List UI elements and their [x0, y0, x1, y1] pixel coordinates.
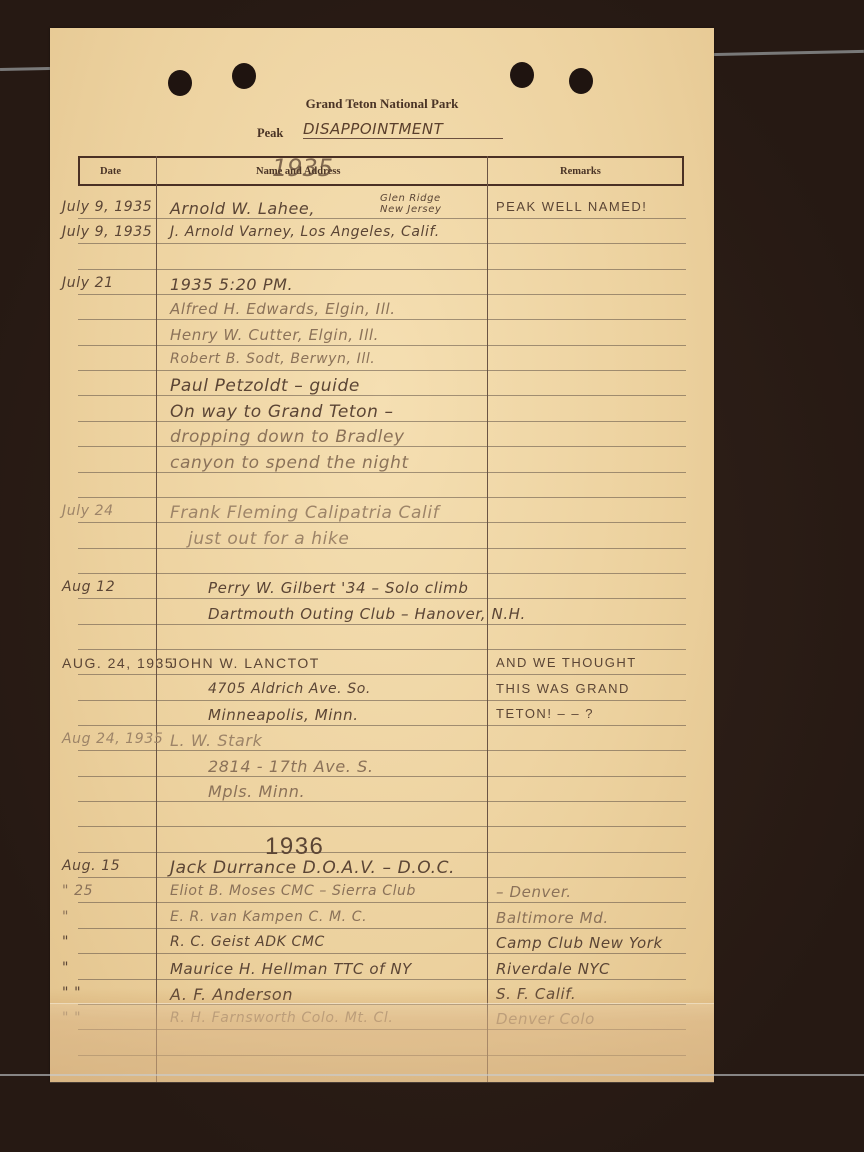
peak-name: DISAPPOINTMENT [303, 120, 503, 139]
entry-name: E. R. van Kampen C. M. C. [170, 909, 367, 925]
entry-name: Frank Fleming Calipatria Calif [170, 503, 439, 523]
ruled-line [78, 953, 686, 954]
ruled-line [78, 497, 686, 498]
entry-name: Perry W. Gilbert '34 – Solo climb [208, 579, 469, 597]
punch-hole [510, 62, 534, 88]
entry-date: " [62, 960, 69, 976]
ruled-line [78, 598, 686, 599]
ruled-line [78, 624, 686, 625]
year-heading: 1936 [265, 833, 324, 861]
entry-name: On way to Grand Teton – [170, 402, 394, 422]
entry-date: Aug 12 [62, 579, 115, 595]
peak-label: Peak [257, 126, 283, 141]
entry-name: JOHN W. LANCTOT [170, 655, 320, 671]
entry-address: Glen Ridge New Jersey [380, 193, 460, 215]
ruled-line [78, 319, 686, 320]
entry-name: Paul Petzoldt – guide [170, 376, 360, 396]
ruled-line [78, 573, 686, 574]
ruled-line [78, 902, 686, 903]
entry-name: Henry W. Cutter, Elgin, Ill. [170, 326, 379, 344]
ruled-line [78, 801, 686, 802]
entry-remarks: THIS WAS GRAND [496, 681, 630, 696]
entry-date: " [62, 934, 69, 950]
ruled-line [78, 269, 686, 270]
ruled-line [78, 674, 686, 675]
punch-hole [232, 63, 256, 89]
entry-date: AUG. 24, 1935 [62, 655, 174, 671]
entry-remarks: TETON! – – ? [496, 706, 594, 721]
entry-name: J. Arnold Varney, Los Angeles, Calif. [170, 224, 440, 240]
ruled-line [78, 750, 686, 751]
glass-reflection-bottom [0, 1074, 864, 1076]
entry-name: Jack Durrance D.O.A.V. – D.O.C. [170, 858, 455, 878]
ruled-line [78, 294, 686, 295]
ruled-line [78, 218, 686, 219]
tape-repair [50, 1003, 714, 1083]
ruled-line [78, 725, 686, 726]
entry-name: Arnold W. Lahee, [170, 199, 315, 218]
entry-name: 2814 - 17th Ave. S. [208, 757, 374, 776]
punch-hole [168, 70, 192, 96]
punch-hole [569, 68, 593, 94]
entry-name: 1935 5:20 PM. [170, 275, 293, 294]
entry-date: Aug. 15 [62, 858, 120, 874]
entry-name: dropping down to Bradley [170, 427, 405, 447]
entry-remarks: – Denver. [496, 883, 572, 901]
column-header-remarks: Remarks [560, 166, 601, 177]
entry-date: " 25 [62, 883, 93, 899]
entry-date: " [62, 909, 69, 925]
entry-name: L. W. Stark [170, 731, 262, 750]
entry-remarks: Riverdale NYC [496, 960, 610, 978]
entry-name: Mpls. Minn. [208, 782, 305, 801]
entry-name: Alfred H. Edwards, Elgin, Ill. [170, 300, 396, 318]
ruled-line [78, 776, 686, 777]
entry-remarks: AND WE THOUGHT [496, 655, 637, 670]
entry-name: Minneapolis, Minn. [208, 706, 359, 724]
entry-date: July 24 [62, 503, 114, 519]
year-scrawl: 1935 [272, 154, 333, 182]
entry-name: R. C. Geist ADK CMC [170, 934, 325, 950]
entry-remarks: Camp Club New York [496, 934, 663, 952]
ruled-line [78, 649, 686, 650]
ruled-line [78, 826, 686, 827]
ruled-line [78, 979, 686, 980]
column-header-date: Date [100, 166, 121, 177]
entry-name: Maurice H. Hellman TTC of NY [170, 960, 412, 978]
register-sheet: Grand Teton National Park Peak DISAPPOIN… [50, 28, 714, 1082]
ruled-line [78, 928, 686, 929]
park-title: Grand Teton National Park [50, 96, 714, 112]
entry-name: 4705 Aldrich Ave. So. [208, 681, 371, 697]
entry-name: canyon to spend the night [170, 453, 409, 473]
ruled-line [78, 852, 686, 853]
entry-remarks: PEAK WELL NAMED! [496, 199, 647, 214]
ruled-line [78, 243, 686, 244]
ruled-line [78, 700, 686, 701]
column-header-row: Date Name and Address Remarks [78, 156, 684, 186]
entry-name: just out for a hike [188, 529, 349, 549]
entry-date: July 21 [62, 275, 114, 291]
entry-name: Eliot B. Moses CMC – Sierra Club [170, 883, 416, 899]
entry-date: Aug 24, 1935 [62, 731, 163, 747]
entry-date: July 9, 1935 [62, 199, 152, 215]
entry-date: July 9, 1935 [62, 224, 152, 240]
ruled-line [78, 370, 686, 371]
entry-name: Dartmouth Outing Club – Hanover, N.H. [208, 605, 526, 623]
entry-name: Robert B. Sodt, Berwyn, Ill. [170, 351, 375, 367]
ruled-line [78, 345, 686, 346]
ruled-line [78, 548, 686, 549]
entry-remarks: Baltimore Md. [496, 909, 609, 927]
